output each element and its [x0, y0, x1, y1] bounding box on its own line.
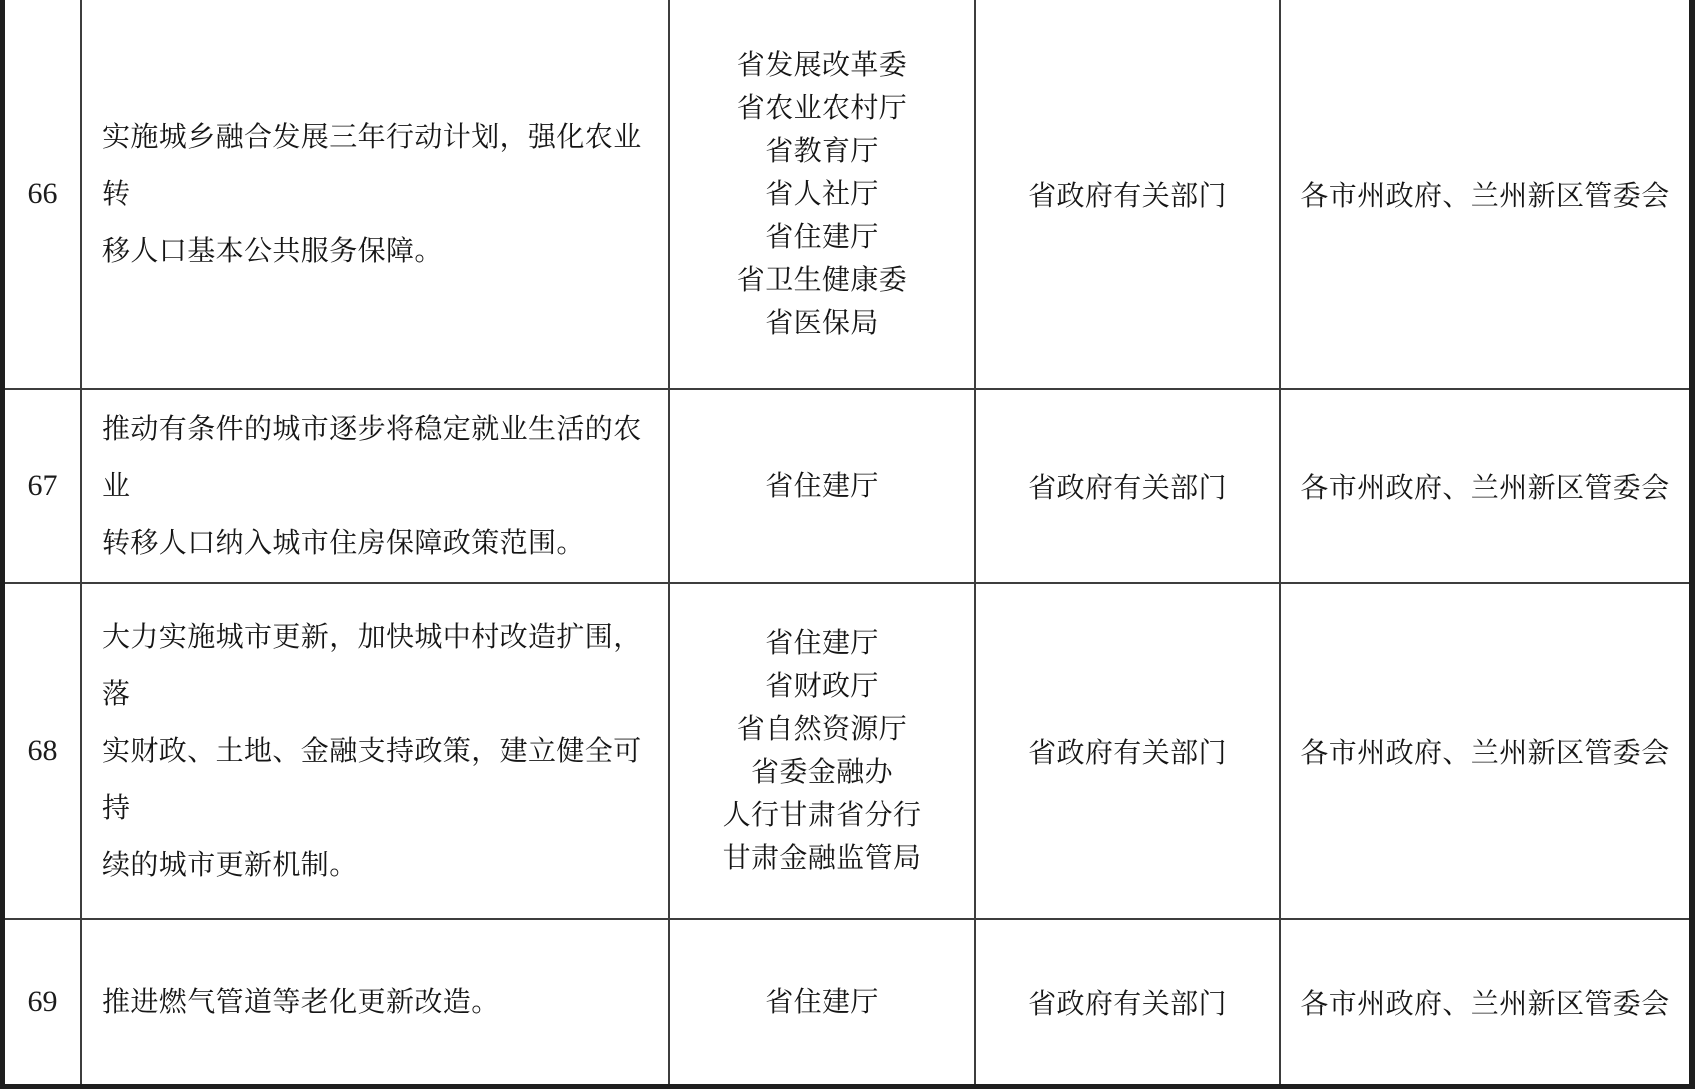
responsible-department: 省住建厅 [765, 216, 879, 259]
supporting-department-cell: 省政府有关部门 [976, 0, 1281, 388]
responsible-department: 省财政厅 [765, 665, 879, 708]
row-number: 69 [5, 920, 82, 1084]
responsible-department: 省教育厅 [765, 130, 879, 173]
task-text-line: 大力实施城市更新，加快城中村改造扩围，落 [102, 609, 656, 723]
responsible-department: 人行甘肃省分行 [723, 794, 922, 837]
responsible-department: 省医保局 [765, 302, 879, 345]
responsible-departments-cell: 省住建厅 [670, 390, 976, 582]
supporting-department-cell: 省政府有关部门 [976, 920, 1281, 1084]
document-page: 66 实施城乡融合发展三年行动计划，强化农业转移人口基本公共服务保障。 省发展改… [0, 0, 1695, 1091]
responsible-department: 省发展改革委 [737, 44, 907, 87]
task-text-line: 移人口基本公共服务保障。 [102, 223, 656, 280]
row-number: 67 [5, 390, 82, 582]
table-row: 68 大力实施城市更新，加快城中村改造扩围，落实财政、土地、金融支持政策，建立健… [5, 584, 1689, 920]
task-description-cell: 推动有条件的城市逐步将稳定就业生活的农业转移人口纳入城市住房保障政策范围。 [82, 390, 670, 582]
table-row: 66 实施城乡融合发展三年行动计划，强化农业转移人口基本公共服务保障。 省发展改… [5, 0, 1689, 390]
task-text-line: 续的城市更新机制。 [102, 837, 656, 894]
responsible-departments-cell: 省发展改革委省农业农村厅省教育厅省人社厅省住建厅省卫生健康委省医保局 [670, 0, 976, 388]
implementing-body-cell: 各市州政府、兰州新区管委会 [1281, 584, 1689, 918]
responsible-department: 甘肃金融监管局 [723, 837, 922, 880]
task-description-cell: 大力实施城市更新，加快城中村改造扩围，落实财政、土地、金融支持政策，建立健全可持… [82, 584, 670, 918]
responsible-department: 省卫生健康委 [737, 259, 907, 302]
task-text-line: 推进燃气管道等老化更新改造。 [102, 974, 656, 1031]
responsible-department: 省人社厅 [765, 173, 879, 216]
task-text-line: 推动有条件的城市逐步将稳定就业生活的农业 [102, 401, 656, 515]
responsible-department: 省住建厅 [765, 981, 879, 1024]
task-text-line: 实财政、土地、金融支持政策，建立健全可持 [102, 723, 656, 837]
task-description-cell: 推进燃气管道等老化更新改造。 [82, 920, 670, 1084]
responsible-department: 省农业农村厅 [737, 87, 907, 130]
responsible-departments-cell: 省住建厅省财政厅省自然资源厅省委金融办人行甘肃省分行甘肃金融监管局 [670, 584, 976, 918]
responsible-department: 省住建厅 [765, 622, 879, 665]
responsible-department: 省自然资源厅 [737, 708, 907, 751]
responsible-department: 省委金融办 [751, 751, 893, 794]
implementing-body-cell: 各市州政府、兰州新区管委会 [1281, 920, 1689, 1084]
task-table: 66 实施城乡融合发展三年行动计划，强化农业转移人口基本公共服务保障。 省发展改… [0, 0, 1695, 1089]
supporting-department-cell: 省政府有关部门 [976, 390, 1281, 582]
row-number: 66 [5, 0, 82, 388]
task-description-cell: 实施城乡融合发展三年行动计划，强化农业转移人口基本公共服务保障。 [82, 0, 670, 388]
supporting-department-cell: 省政府有关部门 [976, 584, 1281, 918]
task-text-line: 转移人口纳入城市住房保障政策范围。 [102, 515, 656, 572]
row-number: 68 [5, 584, 82, 918]
responsible-department: 省住建厅 [765, 465, 879, 508]
implementing-body-cell: 各市州政府、兰州新区管委会 [1281, 0, 1689, 388]
table-row: 69 推进燃气管道等老化更新改造。 省住建厅 省政府有关部门 各市州政府、兰州新… [5, 920, 1689, 1084]
responsible-departments-cell: 省住建厅 [670, 920, 976, 1084]
table-row: 67 推动有条件的城市逐步将稳定就业生活的农业转移人口纳入城市住房保障政策范围。… [5, 390, 1689, 584]
implementing-body-cell: 各市州政府、兰州新区管委会 [1281, 390, 1689, 582]
task-text-line: 实施城乡融合发展三年行动计划，强化农业转 [102, 109, 656, 223]
